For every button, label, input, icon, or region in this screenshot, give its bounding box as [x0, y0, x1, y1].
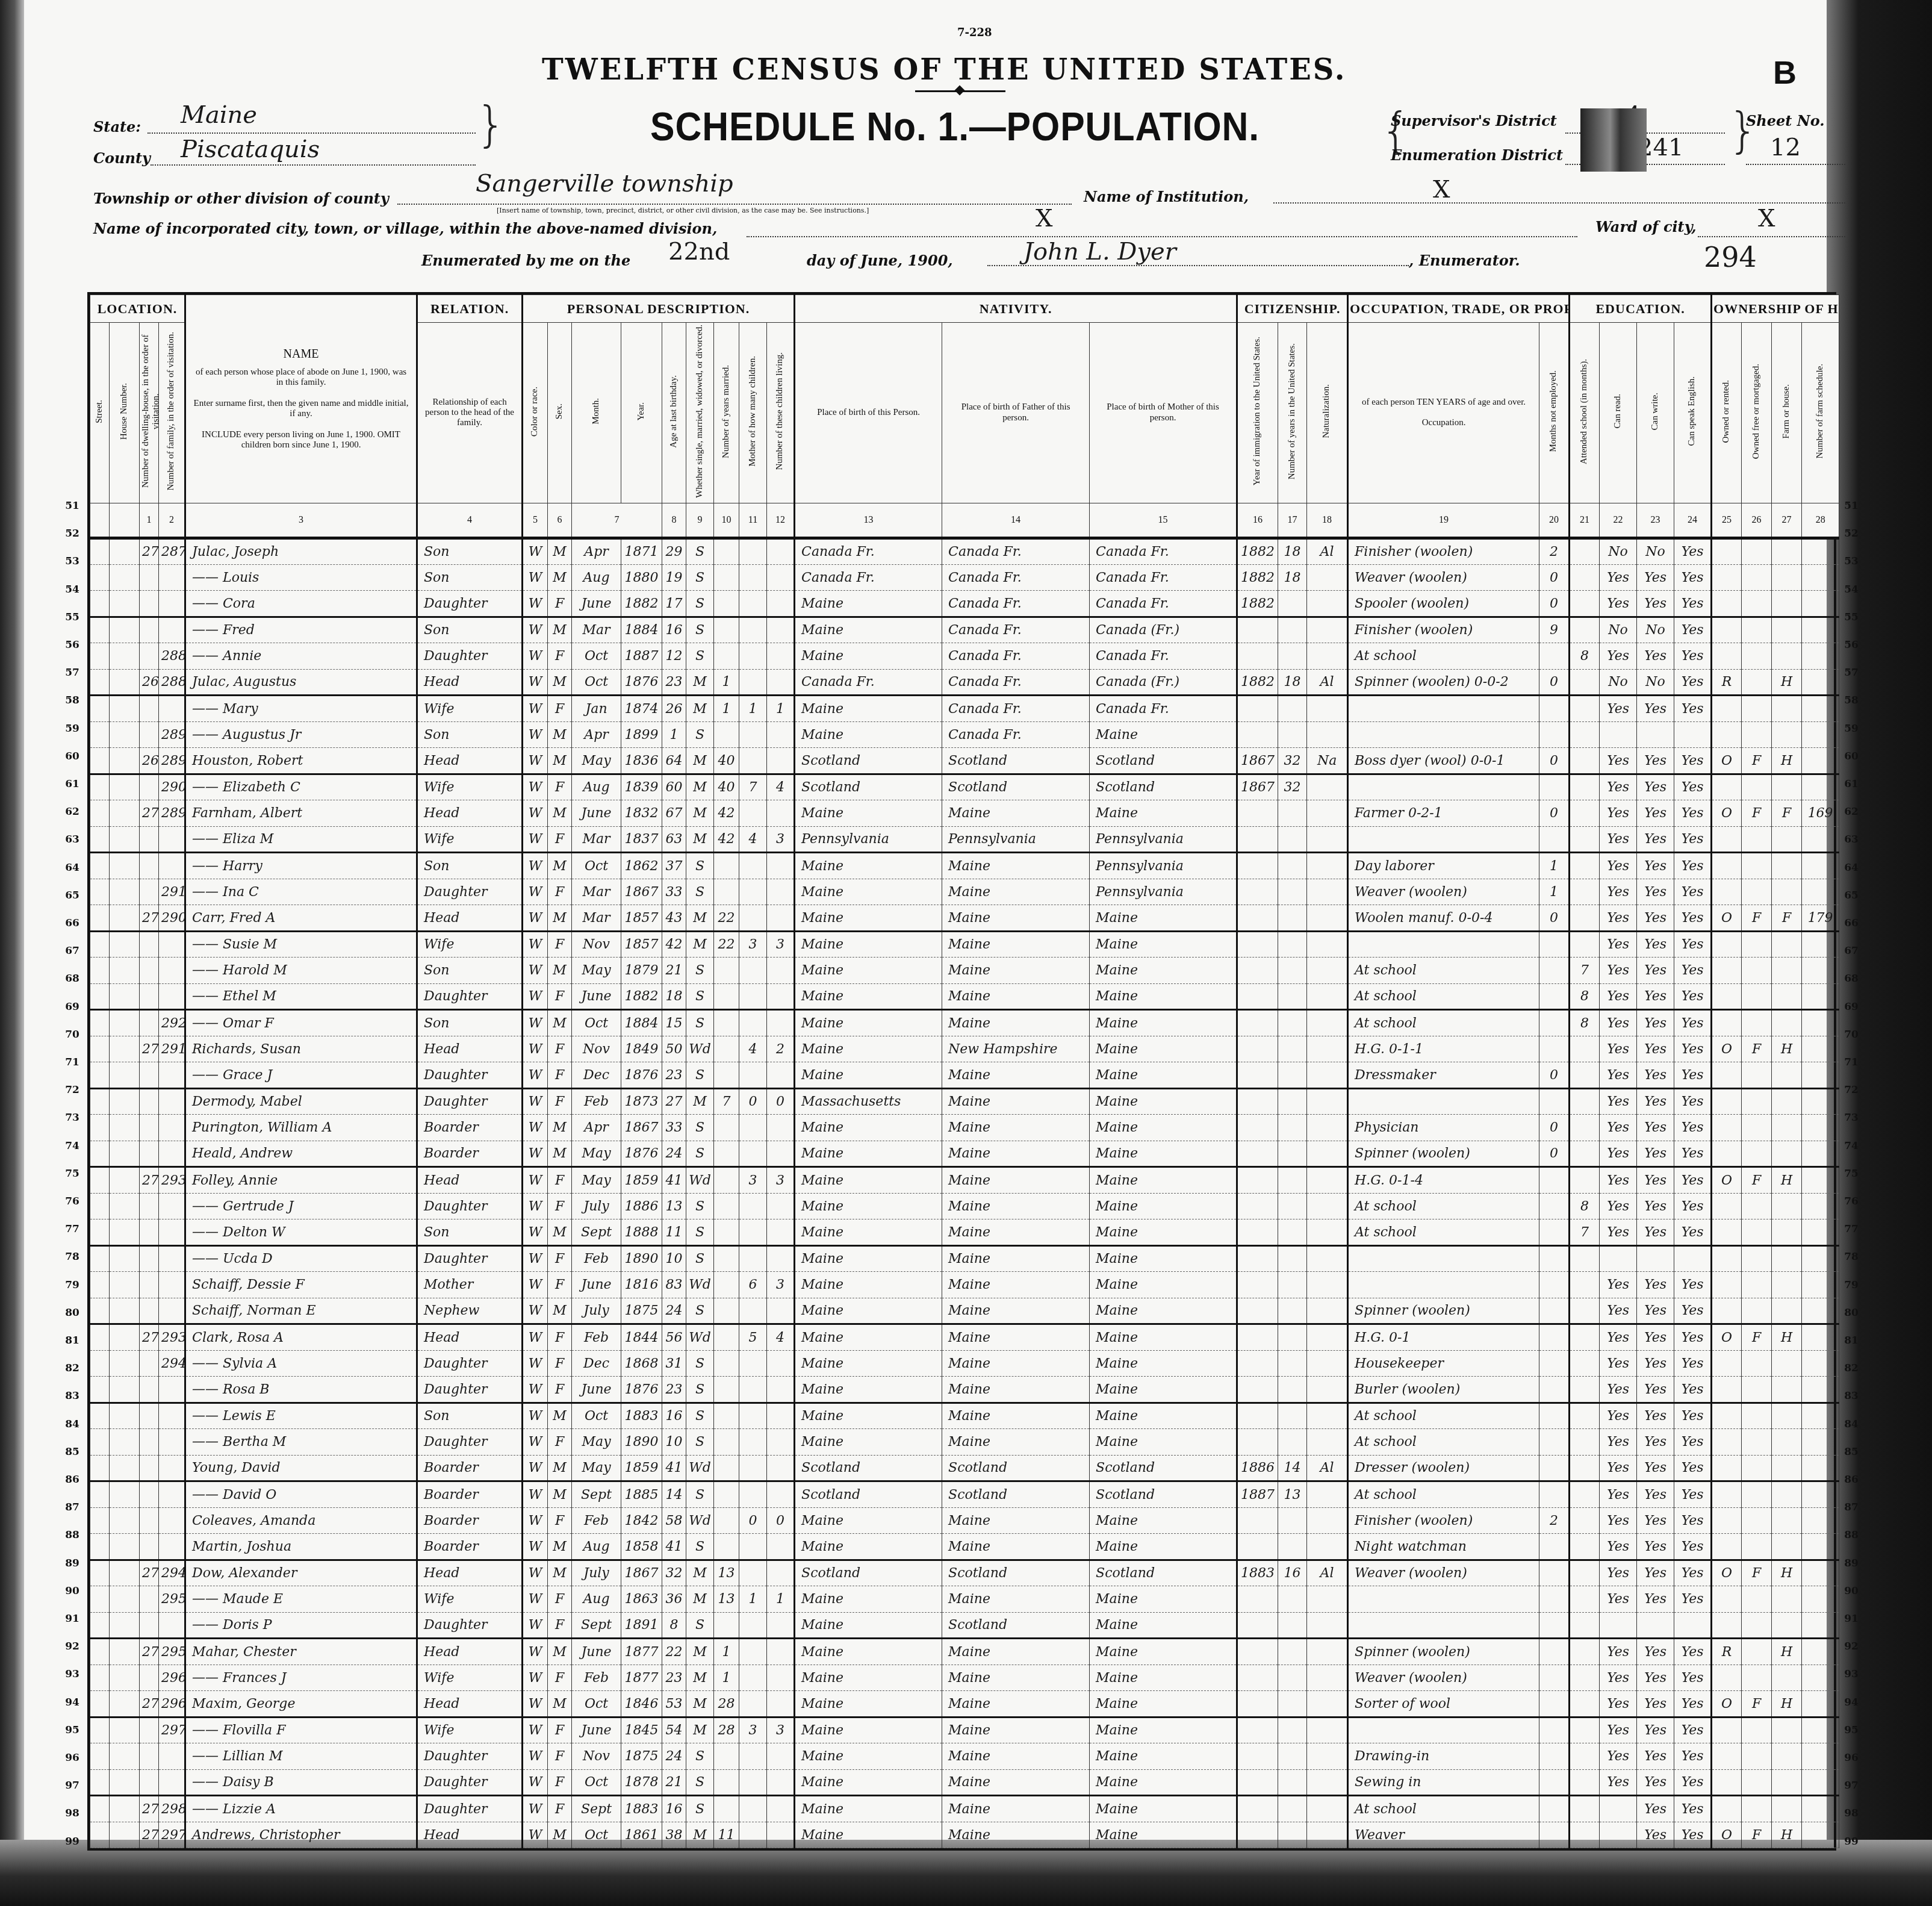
- family-number-cell: [159, 1507, 185, 1534]
- line-number-left: 94: [60, 1696, 84, 1708]
- marital-status-cell: M: [686, 748, 714, 774]
- children-living-cell: [767, 983, 795, 1010]
- family-number-cell: [159, 1743, 185, 1770]
- immigration-year-cell: [1237, 1062, 1278, 1089]
- naturalization-cell: [1307, 1691, 1348, 1718]
- line-number-left: 98: [60, 1807, 84, 1819]
- farm-schedule-cell: [1802, 1639, 1839, 1665]
- line-number-left: 97: [60, 1780, 84, 1792]
- mother-of-cell: 3: [739, 1167, 767, 1194]
- occupation-cell: Night watchman: [1348, 1534, 1539, 1560]
- birth-month-cell: Oct: [572, 1691, 621, 1718]
- naturalization-cell: [1307, 1167, 1348, 1194]
- can-write-cell: Yes: [1637, 958, 1674, 984]
- years-in-us-cell: [1278, 1507, 1307, 1534]
- mother-of-cell: [739, 1665, 767, 1691]
- can-read-cell: Yes: [1600, 1691, 1637, 1718]
- speaks-english-cell: [1674, 1245, 1712, 1272]
- street-cell: [90, 1088, 110, 1115]
- relation-cell: Boarder: [417, 1534, 523, 1560]
- owned-rented-cell: O: [1712, 1036, 1742, 1062]
- mother-of-cell: [739, 721, 767, 748]
- age-cell: 24: [662, 1298, 686, 1324]
- line-number-right: 65: [1839, 889, 1863, 902]
- free-mortgaged-cell: [1742, 1010, 1772, 1036]
- naturalization-cell: [1307, 1586, 1348, 1613]
- sex-cell: F: [548, 696, 572, 722]
- farm-schedule-cell: [1802, 1324, 1839, 1351]
- street-cell: [90, 617, 110, 643]
- school-months-cell: [1570, 1639, 1600, 1665]
- free-mortgaged-cell: [1742, 538, 1772, 565]
- person-name-cell: Mahar, Chester: [185, 1639, 417, 1665]
- line-number-left: 76: [60, 1195, 84, 1207]
- farm-schedule-cell: [1802, 1560, 1839, 1586]
- immigration-year-cell: 1886: [1237, 1455, 1278, 1481]
- birth-month-cell: Oct: [572, 1769, 621, 1796]
- birth-month-cell: May: [572, 748, 621, 774]
- birth-month-cell: Sept: [572, 1796, 621, 1822]
- person-name-cell: —— Louis: [185, 564, 417, 591]
- line-number-right: 70: [1839, 1029, 1863, 1041]
- mother-of-cell: 7: [739, 774, 767, 800]
- years-married-cell: [714, 564, 739, 591]
- children-living-cell: [767, 1455, 795, 1481]
- line-number-right: 75: [1839, 1168, 1863, 1180]
- house-number-cell: [110, 1639, 140, 1665]
- enumerator-name: John L. Dyer: [1023, 238, 1176, 266]
- school-months-cell: 7: [1570, 958, 1600, 984]
- house-number-cell: [110, 1534, 140, 1560]
- person-name-cell: —— Cora: [185, 591, 417, 617]
- months-unemployed-cell: [1539, 774, 1570, 800]
- line-number-right: 59: [1839, 723, 1863, 735]
- farm-schedule-cell: [1802, 1429, 1839, 1456]
- family-number-cell: [159, 1193, 185, 1219]
- age-cell: 42: [662, 931, 686, 958]
- school-months-cell: [1570, 1429, 1600, 1456]
- house-number-cell: [110, 617, 140, 643]
- children-living-cell: [767, 1691, 795, 1718]
- dwelling-number-cell: [140, 1350, 159, 1377]
- farm-schedule-cell: [1802, 538, 1839, 565]
- line-number-right: 88: [1839, 1529, 1863, 1541]
- mother-of-cell: [739, 983, 767, 1010]
- table-row: 276296Maxim, GeorgeHeadWMOct184653M28Mai…: [90, 1691, 1839, 1718]
- person-name-cell: —— Omar F: [185, 1010, 417, 1036]
- birthplace-cell: Canada Fr.: [795, 564, 942, 591]
- free-mortgaged-cell: F: [1742, 1560, 1772, 1586]
- children-living-cell: 4: [767, 1324, 795, 1351]
- father-birthplace-cell: Maine: [942, 1534, 1090, 1560]
- house-number-cell: [110, 1272, 140, 1298]
- dwelling-number-cell: [140, 617, 159, 643]
- street-cell: [90, 1115, 110, 1141]
- marital-status-cell: S: [686, 1481, 714, 1508]
- can-write-cell: Yes: [1637, 1403, 1674, 1429]
- father-birthplace-cell: Maine: [942, 1665, 1090, 1691]
- speaks-english-cell: Yes: [1674, 774, 1712, 800]
- years-in-us-cell: [1278, 1822, 1307, 1848]
- line-number-right: 55: [1839, 611, 1863, 623]
- occupation-cell: [1348, 1586, 1539, 1613]
- owned-rented-cell: [1712, 1141, 1742, 1167]
- school-months-cell: [1570, 1796, 1600, 1822]
- column-number: 6: [548, 503, 572, 538]
- house-number-cell: [110, 1481, 140, 1508]
- column-number: 7: [572, 503, 662, 538]
- person-name-cell: Julac, Augustus: [185, 669, 417, 696]
- relation-cell: Daughter: [417, 879, 523, 905]
- color-cell: W: [523, 958, 548, 984]
- speaks-english-cell: Yes: [1674, 1298, 1712, 1324]
- years-married-cell: [714, 1272, 739, 1298]
- birth-month-cell: Feb: [572, 1088, 621, 1115]
- owned-rented-cell: R: [1712, 669, 1742, 696]
- line-number-right: 83: [1839, 1390, 1863, 1402]
- birth-month-cell: Aug: [572, 1534, 621, 1560]
- years-in-us-cell: [1278, 1115, 1307, 1141]
- months-unemployed-cell: 0: [1539, 748, 1570, 774]
- speaks-english-cell: Yes: [1674, 826, 1712, 853]
- age-cell: 24: [662, 1141, 686, 1167]
- occupation-cell: Sewing in: [1348, 1769, 1539, 1796]
- person-name-cell: —— Ucda D: [185, 1245, 417, 1272]
- months-unemployed-cell: [1539, 1796, 1570, 1822]
- farm-house-cell: [1772, 1088, 1802, 1115]
- can-read-cell: Yes: [1600, 1455, 1637, 1481]
- column-number: 12: [767, 503, 795, 538]
- mother-of-cell: [739, 1010, 767, 1036]
- owned-rented-cell: O: [1712, 748, 1742, 774]
- marital-status-cell: M: [686, 774, 714, 800]
- can-read-cell: Yes: [1600, 774, 1637, 800]
- owned-rented-cell: O: [1712, 1167, 1742, 1194]
- table-row: —— Lewis ESonWMOct188316SMaineMaineMaine…: [90, 1403, 1839, 1429]
- months-unemployed-cell: 9: [1539, 617, 1570, 643]
- line-number-left: 88: [60, 1529, 84, 1541]
- family-number-cell: 289: [159, 748, 185, 774]
- mother-of-cell: [739, 879, 767, 905]
- free-mortgaged-cell: [1742, 1455, 1772, 1481]
- can-write-cell: Yes: [1637, 564, 1674, 591]
- line-number-left: 66: [60, 917, 84, 929]
- years-in-us-cell: [1278, 1743, 1307, 1770]
- birth-month-cell: Apr: [572, 538, 621, 565]
- years-in-us-cell: 32: [1278, 748, 1307, 774]
- person-name-cell: —— Ina C: [185, 879, 417, 905]
- line-number-right: 91: [1839, 1613, 1863, 1625]
- line-number-left: 82: [60, 1362, 84, 1374]
- line-number-left: 58: [60, 694, 84, 706]
- mother-birthplace-cell: Maine: [1090, 905, 1237, 932]
- dwelling-number-cell: [140, 958, 159, 984]
- sex-cell: M: [548, 1403, 572, 1429]
- sex-cell: F: [548, 826, 572, 853]
- line-number-left: 86: [60, 1474, 84, 1486]
- dwelling-number-cell: 276: [140, 1691, 159, 1718]
- naturalization-cell: [1307, 1036, 1348, 1062]
- nativity-heading: NATIVITY.: [980, 301, 1052, 316]
- col-immigration-year: Year of immigration to the United States…: [1237, 323, 1278, 503]
- marital-status-cell: Wd: [686, 1272, 714, 1298]
- mother-birthplace-cell: Maine: [1090, 1717, 1237, 1743]
- dwelling-number-cell: [140, 1010, 159, 1036]
- marital-status-cell: M: [686, 1639, 714, 1665]
- school-months-cell: [1570, 1377, 1600, 1403]
- table-row: 275294Dow, AlexanderHeadWMJuly186732M13S…: [90, 1560, 1839, 1586]
- birthplace-cell: Maine: [795, 1245, 942, 1272]
- age-cell: 21: [662, 1769, 686, 1796]
- relation-cell: Wife: [417, 931, 523, 958]
- mother-birthplace-cell: Maine: [1090, 1245, 1237, 1272]
- col-years-married: Number of years married.: [714, 323, 739, 503]
- dwelling-number-cell: 278: [140, 1822, 159, 1848]
- free-mortgaged-cell: [1742, 1586, 1772, 1613]
- years-in-us-cell: 32: [1278, 774, 1307, 800]
- birth-month-cell: Oct: [572, 643, 621, 670]
- name-heading: NAME: [192, 347, 410, 361]
- relation-cell: Head: [417, 1560, 523, 1586]
- speaks-english-cell: Yes: [1674, 591, 1712, 617]
- line-number-right: 60: [1839, 750, 1863, 762]
- father-birthplace-cell: Maine: [942, 1639, 1090, 1665]
- farm-schedule-cell: [1802, 1377, 1839, 1403]
- years-married-cell: 40: [714, 774, 739, 800]
- mother-of-cell: [739, 905, 767, 932]
- color-cell: W: [523, 591, 548, 617]
- line-number-right: 67: [1839, 945, 1863, 957]
- years-in-us-cell: [1278, 1586, 1307, 1613]
- school-months-cell: [1570, 1350, 1600, 1377]
- farm-schedule-cell: [1802, 1612, 1839, 1639]
- sex-cell: F: [548, 1612, 572, 1639]
- column-number: [110, 503, 140, 538]
- line-number-right: 79: [1839, 1279, 1863, 1291]
- table-row: 269289Houston, RobertHeadWMMay183664M40S…: [90, 748, 1839, 774]
- color-cell: W: [523, 669, 548, 696]
- mother-birthplace-cell: Maine: [1090, 1507, 1237, 1534]
- free-mortgaged-cell: [1742, 1481, 1772, 1508]
- street-cell: [90, 1403, 110, 1429]
- person-name-cell: —— Lizzie A: [185, 1796, 417, 1822]
- owned-rented-cell: O: [1712, 1560, 1742, 1586]
- years-in-us-cell: [1278, 931, 1307, 958]
- occupation-cell: At school: [1348, 958, 1539, 984]
- table-row: 294—— Sylvia ADaughterWFDec186831SMaineM…: [90, 1350, 1839, 1377]
- speaks-english-cell: Yes: [1674, 1455, 1712, 1481]
- farm-house-cell: [1772, 1665, 1802, 1691]
- school-months-cell: [1570, 853, 1600, 879]
- school-months-cell: [1570, 1455, 1600, 1481]
- can-write-cell: Yes: [1637, 748, 1674, 774]
- naturalization-cell: [1307, 1665, 1348, 1691]
- line-number-left: 68: [60, 973, 84, 985]
- years-in-us-cell: 14: [1278, 1455, 1307, 1481]
- school-months-cell: 8: [1570, 1193, 1600, 1219]
- house-number-cell: [110, 1377, 140, 1403]
- line-number-right: 69: [1839, 1001, 1863, 1013]
- marital-status-cell: S: [686, 1743, 714, 1770]
- mother-birthplace-cell: Maine: [1090, 1639, 1237, 1665]
- marital-status-cell: M: [686, 1822, 714, 1848]
- street-cell: [90, 1639, 110, 1665]
- person-name-cell: —— Maude E: [185, 1586, 417, 1613]
- color-cell: W: [523, 1010, 548, 1036]
- years-married-cell: 1: [714, 696, 739, 722]
- dwelling-number-cell: [140, 1245, 159, 1272]
- farm-schedule-cell: [1802, 1586, 1839, 1613]
- naturalization-cell: [1307, 1350, 1348, 1377]
- school-months-cell: [1570, 1324, 1600, 1351]
- relation-cell: Daughter: [417, 983, 523, 1010]
- dwelling-number-cell: [140, 1115, 159, 1141]
- line-number-left: 51: [60, 500, 84, 512]
- dwelling-number-cell: 268: [140, 669, 159, 696]
- farm-schedule-cell: [1802, 1796, 1839, 1822]
- county-field-line: [151, 164, 476, 166]
- birth-year-cell: 1887: [621, 643, 662, 670]
- sex-cell: F: [548, 1717, 572, 1743]
- free-mortgaged-cell: F: [1742, 1822, 1772, 1848]
- birth-year-cell: 1878: [621, 1769, 662, 1796]
- family-number-cell: [159, 1088, 185, 1115]
- father-birthplace-cell: Maine: [942, 1377, 1090, 1403]
- dwelling-number-cell: [140, 1298, 159, 1324]
- mother-birthplace-cell: Scotland: [1090, 1455, 1237, 1481]
- children-living-cell: 3: [767, 1272, 795, 1298]
- owned-rented-cell: [1712, 1062, 1742, 1089]
- birthplace-cell: Maine: [795, 853, 942, 879]
- age-cell: 53: [662, 1691, 686, 1718]
- naturalization-cell: Al: [1307, 1560, 1348, 1586]
- street-cell: [90, 1272, 110, 1298]
- children-living-cell: [767, 1560, 795, 1586]
- birth-year-cell: 1859: [621, 1455, 662, 1481]
- table-row: 290—— Elizabeth CWifeWFAug183960M4074Sco…: [90, 774, 1839, 800]
- years-married-cell: [714, 1010, 739, 1036]
- school-months-cell: [1570, 1507, 1600, 1534]
- can-read-cell: Yes: [1600, 1639, 1637, 1665]
- line-number-right: 86: [1839, 1474, 1863, 1486]
- dwelling-number-cell: [140, 1612, 159, 1639]
- farm-house-cell: [1772, 591, 1802, 617]
- mother-of-cell: [739, 1115, 767, 1141]
- street-cell: [90, 958, 110, 984]
- immigration-year-cell: [1237, 1141, 1278, 1167]
- birth-year-cell: 1857: [621, 905, 662, 932]
- table-row: Schaiff, Dessie FMotherWFJune181683Wd63M…: [90, 1272, 1839, 1298]
- owned-rented-cell: [1712, 564, 1742, 591]
- family-number-cell: 290: [159, 774, 185, 800]
- years-in-us-cell: 18: [1278, 538, 1307, 565]
- family-number-cell: 291: [159, 879, 185, 905]
- house-number-cell: [110, 1717, 140, 1743]
- owned-rented-cell: [1712, 1298, 1742, 1324]
- mother-birthplace-cell: Canada Fr.: [1090, 696, 1237, 722]
- sex-cell: M: [548, 1481, 572, 1508]
- birth-year-cell: 1836: [621, 748, 662, 774]
- free-mortgaged-cell: [1742, 1298, 1772, 1324]
- farm-schedule-cell: [1802, 958, 1839, 984]
- mother-of-cell: [739, 1481, 767, 1508]
- line-number-left: 53: [60, 555, 84, 567]
- school-months-cell: [1570, 1167, 1600, 1194]
- months-unemployed-cell: [1539, 1429, 1570, 1456]
- col-can-speak-english: Can speak English.: [1674, 323, 1712, 503]
- occupation-cell: Spinner (woolen) 0-0-2: [1348, 669, 1539, 696]
- farm-house-cell: [1772, 1429, 1802, 1456]
- immigration-year-cell: [1237, 1403, 1278, 1429]
- house-number-cell: [110, 591, 140, 617]
- color-cell: W: [523, 1324, 548, 1351]
- mother-birthplace-cell: Maine: [1090, 1350, 1237, 1377]
- farm-house-cell: [1772, 1272, 1802, 1298]
- district-brace-right: }: [1728, 102, 1759, 158]
- line-number-left: 83: [60, 1390, 84, 1402]
- house-number-cell: [110, 1245, 140, 1272]
- sex-cell: M: [548, 1534, 572, 1560]
- street-cell: [90, 853, 110, 879]
- relation-cell: Head: [417, 1691, 523, 1718]
- family-number-cell: [159, 696, 185, 722]
- sex-cell: M: [548, 1141, 572, 1167]
- years-married-cell: [714, 1193, 739, 1219]
- years-married-cell: [714, 721, 739, 748]
- color-cell: W: [523, 1167, 548, 1194]
- mother-of-cell: 4: [739, 826, 767, 853]
- col-birth-year: Year.: [621, 323, 662, 503]
- father-birthplace-cell: Maine: [942, 983, 1090, 1010]
- state-field-line: [148, 132, 476, 134]
- free-mortgaged-cell: [1742, 1062, 1772, 1089]
- birth-year-cell: 1868: [621, 1350, 662, 1377]
- months-unemployed-cell: [1539, 1743, 1570, 1770]
- naturalization-cell: Al: [1307, 669, 1348, 696]
- mother-of-cell: [739, 1245, 767, 1272]
- mother-birthplace-cell: Canada Fr.: [1090, 591, 1237, 617]
- street-cell: [90, 1586, 110, 1613]
- farm-schedule-cell: [1802, 1088, 1839, 1115]
- dwelling-number-cell: [140, 1062, 159, 1089]
- mother-birthplace-cell: Maine: [1090, 1534, 1237, 1560]
- can-read-cell: Yes: [1600, 879, 1637, 905]
- occupation-cell: Spooler (woolen): [1348, 591, 1539, 617]
- mother-of-cell: [739, 1612, 767, 1639]
- farm-house-cell: [1772, 1219, 1802, 1246]
- naturalization-cell: [1307, 1010, 1348, 1036]
- line-number-left: 91: [60, 1613, 84, 1625]
- children-living-cell: [767, 1245, 795, 1272]
- naturalization-cell: [1307, 1639, 1348, 1665]
- school-months-cell: 7: [1570, 1219, 1600, 1246]
- free-mortgaged-cell: [1742, 696, 1772, 722]
- mother-of-cell: 1: [739, 696, 767, 722]
- farm-house-cell: [1772, 1717, 1802, 1743]
- can-read-cell: Yes: [1600, 905, 1637, 932]
- months-unemployed-cell: [1539, 1403, 1570, 1429]
- can-write-cell: Yes: [1637, 826, 1674, 853]
- street-cell: [90, 1245, 110, 1272]
- months-unemployed-cell: [1539, 1586, 1570, 1613]
- col-birth-month: Month.: [572, 323, 621, 503]
- house-number-cell: [110, 879, 140, 905]
- age-cell: 54: [662, 1717, 686, 1743]
- years-married-cell: [714, 1324, 739, 1351]
- children-living-cell: 4: [767, 774, 795, 800]
- birth-year-cell: 1876: [621, 1377, 662, 1403]
- father-birthplace-cell: Scotland: [942, 1455, 1090, 1481]
